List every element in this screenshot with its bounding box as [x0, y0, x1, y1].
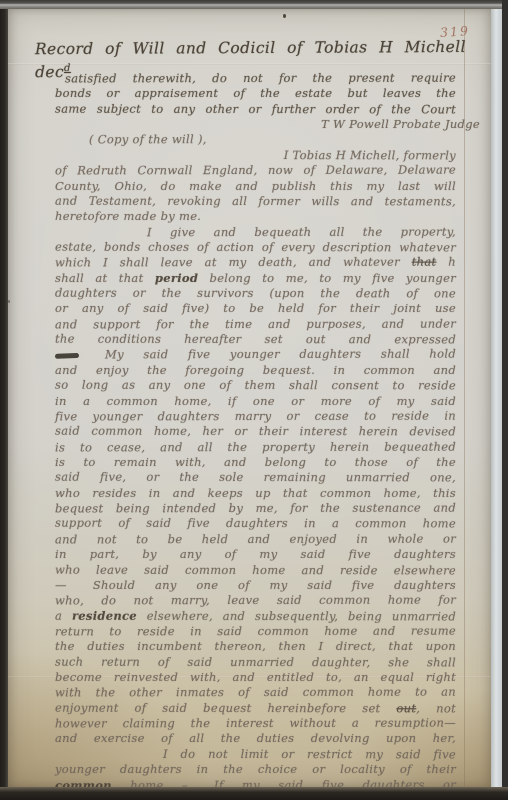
manuscript-line: such return of said unmarried daughter, … [55, 654, 456, 670]
manuscript-line: satisfied therewith, do not for the pres… [55, 71, 456, 87]
manuscript-line: My said five younger daughters shall hol… [55, 347, 456, 363]
photo-bottom-edge [0, 787, 508, 800]
manuscript-line: and support for the time and purposes, a… [55, 316, 456, 332]
manuscript-line: support of said five daughters in a comm… [55, 516, 456, 532]
manuscript-line: younger daughters in the choice or local… [55, 762, 456, 777]
manuscript-line: and not to be held and enjoyed in whole … [55, 531, 456, 547]
manuscript-line: in part, by any of my said five daughter… [55, 547, 456, 562]
ink-speck [8, 300, 10, 303]
struck-word: that [412, 255, 437, 269]
manuscript-line: who resides in and keeps up that common … [55, 486, 456, 501]
manuscript-line: County, Ohio, do make and publish this m… [55, 179, 456, 194]
ledger-page: 319 Record of Will and Codicil of Tobias… [7, 8, 492, 788]
manuscript-line: estate, bonds choses of action of every … [55, 240, 456, 256]
manuscript-line: of Redruth Cornwall England, now of Dela… [55, 163, 456, 179]
scribble-blob [55, 353, 79, 359]
manuscript-text: satisfied therewith, do not for the pres… [55, 71, 456, 793]
manuscript-line: I give and bequeath all the property, [55, 224, 456, 240]
page-edge-highlight [491, 6, 502, 792]
manuscript-line: is to remain with, and belong to those o… [55, 455, 456, 470]
manuscript-line: with the other inmates of said common ho… [55, 685, 456, 701]
manuscript-line: shall at that period belong to me, to my… [55, 271, 456, 286]
manuscript-line: the conditions hereafter set out and exp… [55, 332, 456, 348]
manuscript-line: however claiming the interest without a … [55, 716, 456, 732]
manuscript-line: the duties incumbent thereon, then I dir… [55, 639, 456, 654]
photo-left-edge [0, 0, 8, 800]
manuscript-line: a residence elsewhere, and subsequently,… [55, 608, 456, 624]
ink-speck [283, 14, 286, 18]
manuscript-line: enjoyment of said bequest hereinbefore s… [55, 700, 456, 716]
manuscript-line: who, do not marry, leave said common hom… [55, 593, 456, 609]
manuscript-line: ( Copy of the will ), [55, 132, 456, 148]
manuscript-line: bequest being intended by me, for the su… [55, 501, 456, 517]
photo-top-edge [0, 0, 508, 9]
manuscript-line: —Should any one of my said five daughter… [55, 578, 456, 593]
photo-right-edge [502, 0, 508, 800]
manuscript-line: T W Powell Probate Judge [55, 117, 480, 132]
ledger-photo: 319 Record of Will and Codicil of Tobias… [0, 0, 508, 800]
manuscript-line: said five, or the sole remaining unmarri… [55, 470, 456, 486]
struck-word: out [396, 701, 416, 715]
manuscript-line: in a common home, if one or more of my s… [55, 394, 456, 409]
manuscript-line: bonds or appraisement of the estate but … [55, 86, 456, 101]
manuscript-line: which I shall leave at my death, and wha… [55, 255, 456, 271]
manuscript-line: is to cease, and all the property herein… [55, 439, 456, 455]
manuscript-line: and enjoy the foregoing bequest. in comm… [55, 363, 456, 378]
manuscript-line: so long as any one of them shall consent… [55, 378, 456, 394]
manuscript-line: daughters or the survivors (upon the dea… [55, 286, 456, 302]
manuscript-line: I Tobias H Michell, formerly [55, 147, 456, 163]
manuscript-line: or any of said five) to be held for thei… [55, 301, 456, 316]
manuscript-line: become reinvested with, and entitled to,… [55, 670, 456, 685]
manuscript-line: return to reside in said common home and… [55, 624, 456, 640]
manuscript-line: and exercise of all the duties devolving… [55, 731, 456, 746]
manuscript-line: I do not limit or restrict my said five [55, 746, 456, 762]
manuscript-line: five younger daughters marry or cease to… [55, 408, 456, 424]
manuscript-line: and Testament, revoking all former wills… [55, 194, 456, 210]
manuscript-line: who leave said common home and reside el… [55, 562, 456, 578]
manuscript-line: same subject to any other or further ord… [55, 101, 456, 117]
manuscript-line: said common home, her or their interest … [55, 424, 456, 440]
manuscript-line: heretofore made by me. [55, 209, 456, 224]
